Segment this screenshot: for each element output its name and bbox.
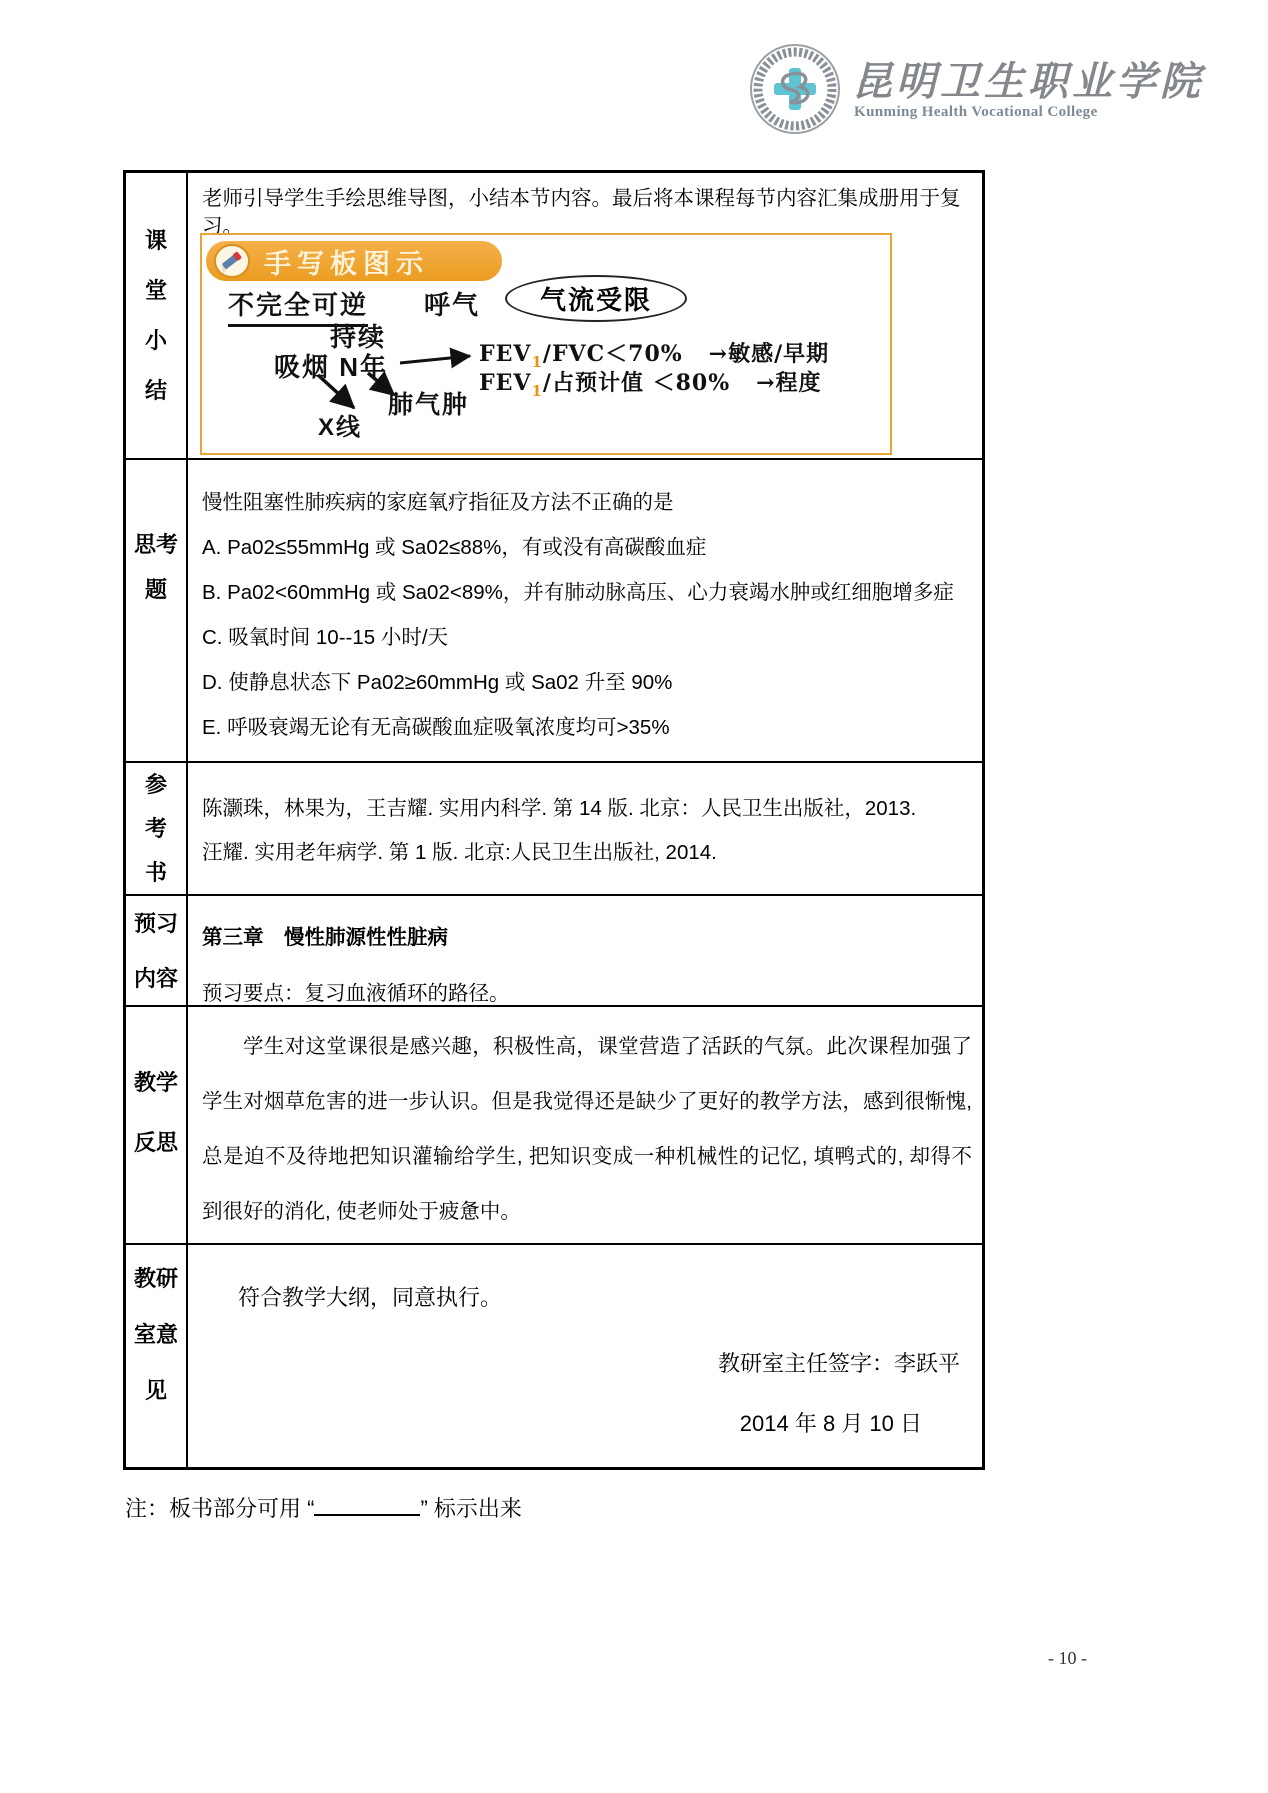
label-char: 参 — [145, 763, 167, 807]
node-airflow-limit: 气流受限 — [505, 275, 687, 322]
handwriting-board-figure: 手写板图示 不完全可逆 呼气 气流受限 持续 吸烟 N年 FEV1/FVC＜70… — [200, 233, 892, 455]
label-char: 教学 — [134, 1053, 178, 1113]
note-suffix: ” 标示出来 — [420, 1496, 521, 1521]
reference-item: 汪耀. 实用老年病学. 第 1 版. 北京:人民卫生出版社, 2014. — [202, 831, 974, 875]
reference-item: 陈灏珠，林果为，王吉耀. 实用内科学. 第 14 版. 北京：人民卫生出版社，2… — [202, 787, 974, 831]
question-option-a: A. Pa02≤55mmHg 或 Sa02≤88%，有或没有高碳酸血症 — [202, 525, 974, 570]
question-option-b: B. Pa02<60mmHg 或 Sa02<89%，并有肺动脉高压、心力衰竭水肿… — [202, 570, 974, 615]
note-prefix: 注：板书部分可用 “ — [125, 1496, 314, 1521]
node-smoking: 吸烟 N年 — [274, 347, 388, 384]
blackboard-note: 注：板书部分可用 “” 标示出来 — [125, 1492, 522, 1523]
figure-banner-title: 手写板图示 — [264, 242, 429, 281]
row-label-office-opinion: 教研 室意 见 — [126, 1245, 188, 1467]
preview-content: 第三章 慢性肺源性性脏病 预习要点：复习血液循环的路径。 — [188, 896, 982, 1005]
label-char: 教研 — [134, 1251, 178, 1307]
label-char: 结 — [145, 366, 167, 416]
row-label-references: 参 考 书 — [126, 763, 188, 894]
college-seal-icon — [748, 42, 842, 136]
label-char: 书 — [145, 851, 167, 895]
director-signature: 教研室主任签字：李跃平 — [718, 1347, 960, 1378]
node-xray: X线 — [318, 407, 362, 442]
question-stem: 慢性阻塞性肺疾病的家庭氧疗指征及方法不正确的是 — [202, 480, 974, 525]
node-emphysema: 肺气肿 — [388, 385, 469, 421]
fev-subscript: 1 — [531, 382, 542, 400]
opinion-statement: 符合教学大纲，同意执行。 — [238, 1281, 502, 1312]
fev-abbr: FEV — [479, 370, 531, 396]
fvc-ratio: /FVC＜70% — [543, 341, 683, 367]
fev-predicted-line: FEV1/占预计值 ＜80%→程度 — [479, 366, 822, 400]
reflection-content: 学生对这堂课很是感兴趣，积极性高，课堂营造了活跃的气氛。此次课程加强了学生对烟草… — [188, 1007, 982, 1243]
questions-content: 慢性阻塞性肺疾病的家庭氧疗指征及方法不正确的是 A. Pa02≤55mmHg 或… — [188, 460, 982, 761]
degree-label: →程度 — [756, 370, 821, 396]
college-name-en: Kunming Health Vocational College — [854, 104, 1164, 121]
row-reflection: 教学 反思 学生对这堂课很是感兴趣，积极性高，课堂营造了活跃的气氛。此次课程加强… — [126, 1007, 982, 1245]
label-char: 题 — [145, 567, 167, 612]
page-number: - 10 - — [1048, 1648, 1087, 1669]
label-char: 室意 — [134, 1307, 178, 1363]
preview-chapter: 第三章 慢性肺源性性脏病 — [202, 910, 974, 966]
label-char: 见 — [145, 1363, 167, 1419]
fev-abbr: FEV — [479, 341, 531, 367]
opinion-date: 2014 年 8 月 10 日 — [740, 1407, 922, 1438]
label-char: 反思 — [134, 1113, 178, 1173]
class-summary-content: 老师引导学生手绘思维导图，小结本节内容。最后将本课程每节内容汇集成册用于复习。 … — [188, 173, 982, 458]
figure-banner: 手写板图示 — [206, 241, 502, 281]
node-exhale: 呼气 — [424, 285, 480, 322]
row-office-opinion: 教研 室意 见 符合教学大纲，同意执行。 教研室主任签字：李跃平 2014 年 … — [126, 1245, 982, 1467]
label-char: 考 — [145, 807, 167, 851]
reference-list: 陈灏珠，林果为，王吉耀. 实用内科学. 第 14 版. 北京：人民卫生出版社，2… — [188, 763, 982, 875]
label-char: 小 — [145, 316, 167, 366]
row-label-questions: 思考 题 — [126, 460, 188, 761]
label-char: 堂 — [145, 266, 167, 316]
college-logo: 昆明卫生职业学院 Kunming Health Vocational Colle… — [748, 42, 1168, 142]
lesson-plan-table: 课 堂 小 结 老师引导学生手绘思维导图，小结本节内容。最后将本课程每节内容汇集… — [123, 170, 985, 1470]
row-references: 参 考 书 陈灏珠，林果为，王吉耀. 实用内科学. 第 14 版. 北京：人民卫… — [126, 763, 982, 896]
question-list: 慢性阻塞性肺疾病的家庭氧疗指征及方法不正确的是 A. Pa02≤55mmHg 或… — [188, 460, 982, 750]
node-airflow-limit-label: 气流受限 — [540, 280, 652, 317]
row-questions: 思考 题 慢性阻塞性肺疾病的家庭氧疗指征及方法不正确的是 A. Pa02≤55m… — [126, 460, 982, 763]
references-content: 陈灏珠，林果为，王吉耀. 实用内科学. 第 14 版. 北京：人民卫生出版社，2… — [188, 763, 982, 894]
note-blank-line — [314, 1496, 420, 1516]
row-label-reflection: 教学 反思 — [126, 1007, 188, 1243]
row-label-class-summary: 课 堂 小 结 — [126, 173, 188, 458]
predicted-ratio: /占预计值 ＜80% — [543, 370, 730, 396]
row-class-summary: 课 堂 小 结 老师引导学生手绘思维导图，小结本节内容。最后将本课程每节内容汇集… — [126, 173, 982, 460]
label-char: 课 — [145, 216, 167, 266]
college-name-zh: 昆明卫生职业学院 — [852, 50, 1162, 107]
row-label-preview: 预习 内容 — [126, 896, 188, 1005]
label-char: 预习 — [134, 896, 178, 951]
reflection-paragraph: 学生对这堂课很是感兴趣，积极性高，课堂营造了活跃的气氛。此次课程加强了学生对烟草… — [188, 1007, 982, 1239]
office-opinion-content: 符合教学大纲，同意执行。 教研室主任签字：李跃平 2014 年 8 月 10 日 — [188, 1245, 982, 1467]
row-preview: 预习 内容 第三章 慢性肺源性性脏病 预习要点：复习血液循环的路径。 — [126, 896, 982, 1007]
label-char: 思考 — [134, 522, 178, 567]
question-option-e: E. 呼吸衰竭无论有无高碳酸血症吸氧浓度均可>35% — [202, 705, 974, 750]
label-char: 内容 — [134, 951, 178, 1006]
question-option-d: D. 使静息状态下 Pa02≥60mmHg 或 Sa02 升至 90% — [202, 660, 974, 705]
pencil-icon — [214, 243, 250, 279]
sensitive-early-label: →敏感/早期 — [709, 341, 829, 367]
question-option-c: C. 吸氧时间 10--15 小时/天 — [202, 615, 974, 660]
preview-body: 第三章 慢性肺源性性脏病 预习要点：复习血液循环的路径。 — [188, 896, 982, 1022]
